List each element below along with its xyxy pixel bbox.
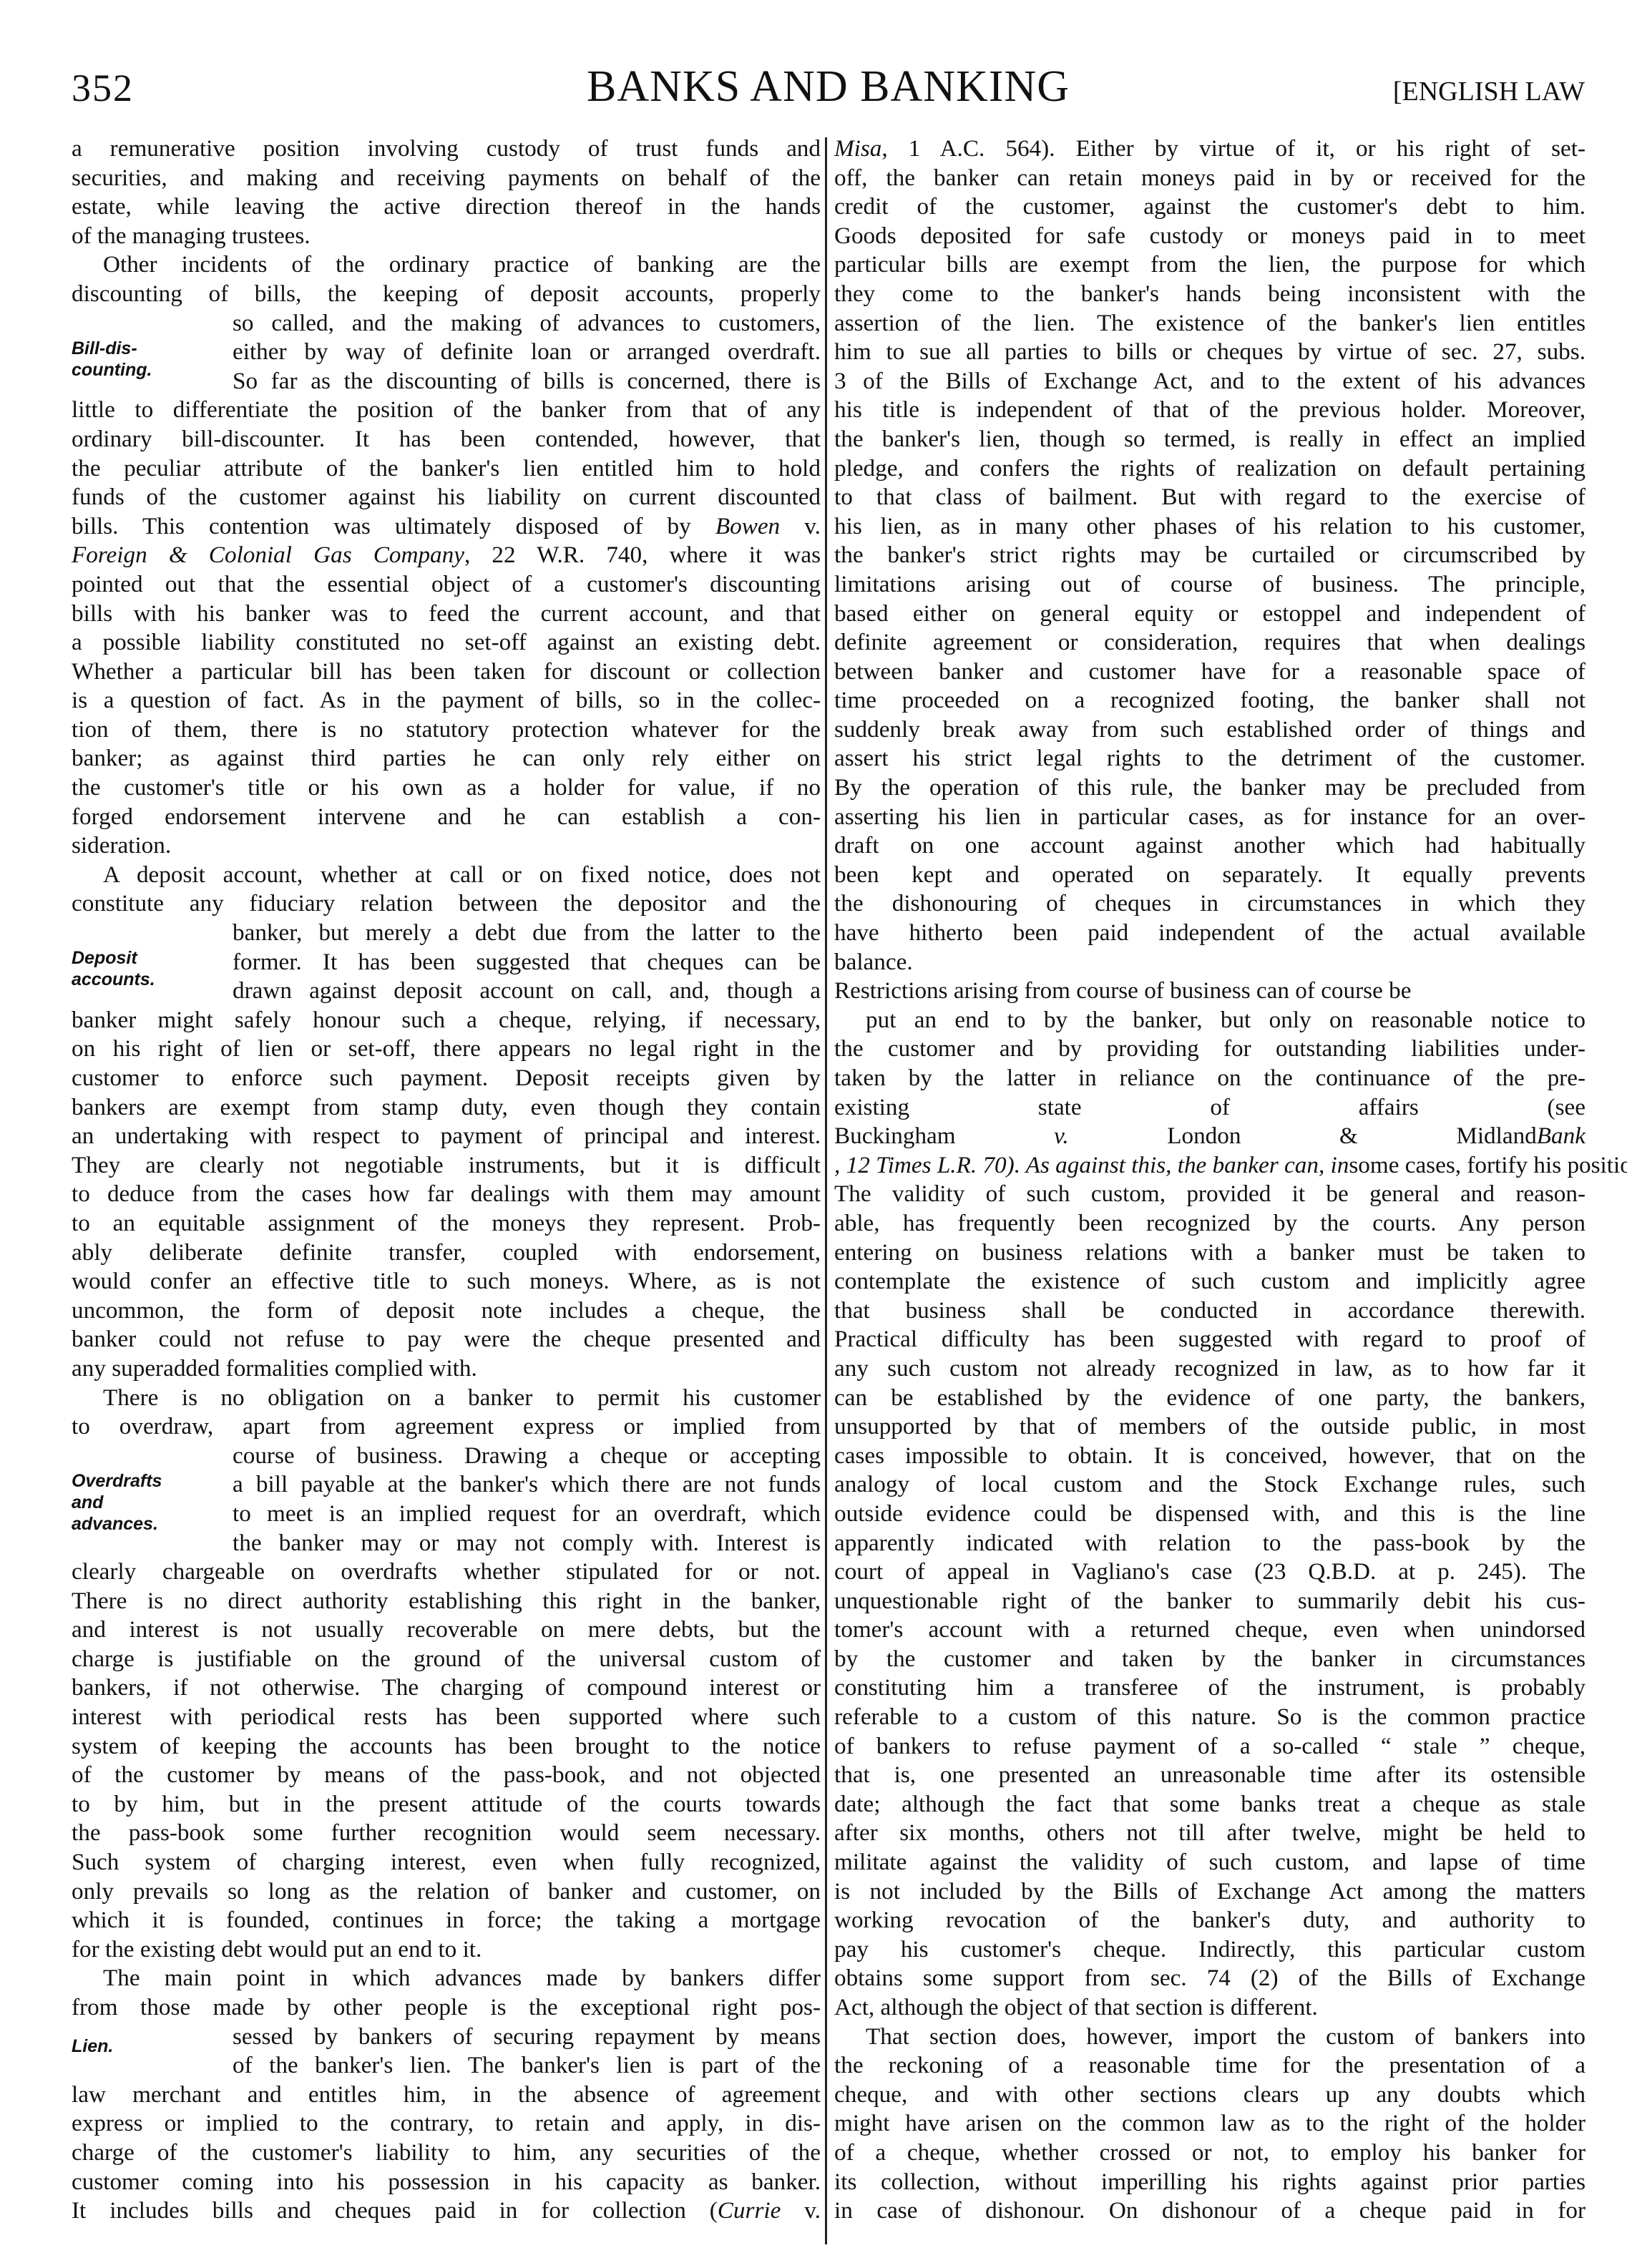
text-line: clearly chargeable on overdrafts whether…: [72, 1558, 821, 1587]
sidenote-block-bill-discounting: Bill-dis- counting. so called, and the m…: [72, 309, 821, 396]
text-line: securities, and making and receiving pay…: [72, 164, 821, 193]
text-line: any superadded formalities complied with…: [72, 1354, 821, 1384]
text-line: balance.: [834, 948, 1586, 977]
text-line: taken by the latter in reliance on the c…: [834, 1064, 1586, 1093]
text-line: assertion of the lien. The existence of …: [834, 309, 1586, 338]
text-line: banker could not refuse to pay were the …: [72, 1325, 821, 1354]
sidenote-overdrafts-and-advances: Overdrafts and advances.: [72, 1470, 222, 1535]
text-line: bankers are exempt from stamp duty, even…: [72, 1093, 821, 1123]
text-line: credit of the customer, against the cust…: [834, 192, 1586, 222]
text-line: is a question of fact. As in the payment…: [72, 686, 821, 715]
text-line: to that class of bailment. But with rega…: [834, 483, 1586, 512]
text-line: put an end to by the banker, but only on…: [834, 1006, 1586, 1035]
text-line: his title is independent of that of the …: [834, 396, 1586, 425]
sidenote-lien: Lien.: [72, 2035, 222, 2057]
text-line: analogy of local custom and the Stock Ex…: [834, 1470, 1586, 1500]
text-line: interest with periodical rests has been …: [72, 1703, 821, 1732]
text-line: working revocation of the banker's duty,…: [834, 1906, 1586, 1935]
text-line: the banker's lien, though so termed, is …: [834, 425, 1586, 454]
text-line: might have arisen on the common law as t…: [834, 2109, 1586, 2139]
text-line: pay his customer's cheque. Indirectly, t…: [834, 1935, 1586, 1965]
sidenote-bill-discounting: Bill-dis- counting.: [72, 338, 222, 381]
text-line: an undertaking with respect to payment o…: [72, 1122, 821, 1151]
text-line: draft on one account against another whi…: [834, 831, 1586, 861]
text-line: any such custom not already recognized i…: [834, 1354, 1586, 1384]
text-line: asserting his lien in particular cases, …: [834, 803, 1586, 832]
text-line: law merchant and entitles him, in the ab…: [72, 2081, 821, 2110]
text-line: his lien, as in many other phases of his…: [834, 512, 1586, 542]
text-line: obtains some support from sec. 74 (2) of…: [834, 1964, 1586, 1993]
text-line: There is no direct authority establishin…: [72, 1587, 821, 1616]
text-line: in case of dishonour. On dishonour of a …: [834, 2196, 1586, 2226]
text-line: The validity of such custom, provided it…: [834, 1180, 1586, 1209]
text-line: cases impossible to obtain. It is concei…: [834, 1442, 1586, 1471]
text-line: able, has frequently been recognized by …: [834, 1209, 1586, 1238]
text-line: By the operation of this rule, the banke…: [834, 773, 1586, 803]
text-line: limitations arising out of course of bus…: [834, 570, 1586, 600]
text-line: pointed out that the essential object of…: [72, 570, 821, 600]
text-line: Whether a particular bill has been taken…: [72, 658, 821, 687]
text-line: a possible liability constituted no set-…: [72, 628, 821, 658]
text-line: discounting of bills, the keeping of dep…: [72, 280, 821, 309]
text-line: particular bills are exempt from the lie…: [834, 250, 1586, 280]
text-line: cheque, and with other sections clears u…: [834, 2081, 1586, 2110]
text-line: They are clearly not negotiable instrume…: [72, 1151, 821, 1181]
text-line: bankers, if not otherwise. The charging …: [72, 1673, 821, 1703]
column-divider: [825, 137, 827, 2244]
text-line: by the customer and taken by the banker …: [834, 1645, 1586, 1674]
text-line: the banker's strict rights may be curtai…: [834, 541, 1586, 570]
text-line: Buckingham v. London & MidlandBank: [834, 1122, 1586, 1151]
text-line: customer coming into his possession in h…: [72, 2168, 821, 2197]
text-line: of a cheque, whether crossed or not, to …: [834, 2139, 1586, 2168]
text-line: of bankers to refuse payment of a so-cal…: [834, 1732, 1586, 1761]
text-line: and interest is not usually recoverable …: [72, 1616, 821, 1645]
text-line: entering on business relations with a ba…: [834, 1238, 1586, 1268]
text-line: pledge, and confers the rights of realiz…: [834, 454, 1586, 484]
text-line: Goods deposited for safe custody or mone…: [834, 222, 1586, 251]
sidenote-block-lien: Lien. sessed by bankers of securing repa…: [72, 2023, 821, 2081]
case-name: Misa: [834, 135, 881, 162]
text-line: definite agreement or consideration, req…: [834, 628, 1586, 658]
text-line: unquestionable right of the banker to su…: [834, 1587, 1586, 1616]
case-name: Bank: [1537, 1123, 1586, 1149]
text-line: system of keeping the accounts has been …: [72, 1732, 821, 1761]
text-line: The main point in which advances made by…: [72, 1964, 821, 1993]
page-header: 352 BANKS AND BANKING [ENGLISH LAW: [72, 56, 1585, 113]
text-line: Foreign & Colonial Gas Company, 22 W.R. …: [72, 541, 821, 570]
text-line: constituting him a transferee of the ins…: [834, 1673, 1586, 1703]
text-line: is not included by the Bills of Exchange…: [834, 1877, 1586, 1907]
text-line: express or implied to the contrary, to r…: [72, 2109, 821, 2139]
text-line: unsupported by that of members of the ou…: [834, 1412, 1586, 1442]
text-line: which it is founded, continues in force;…: [72, 1906, 821, 1935]
text-line: him to sue all parties to bills or chequ…: [834, 338, 1586, 367]
text-line: assert his strict legal rights to the de…: [834, 744, 1586, 773]
text-line: only prevails so long as the relation of…: [72, 1877, 821, 1907]
text-line: of the customer by means of the pass-boo…: [72, 1761, 821, 1790]
text-line: after six months, others not till after …: [834, 1819, 1586, 1848]
text-line: from those made by other people is the e…: [72, 1993, 821, 2023]
text-line: , 12 Times L.R. 70). As against this, th…: [834, 1151, 1586, 1181]
text-line: off, the banker can retain moneys paid i…: [834, 164, 1586, 193]
text-line: forged endorsement intervene and he can …: [72, 803, 821, 832]
text-line: date; although the fact that some banks …: [834, 1790, 1586, 1819]
text-line: of the managing trustees.: [72, 222, 821, 251]
text-line: the dishonouring of cheques in circumsta…: [834, 889, 1586, 919]
text-line: course of business. Drawing a cheque or …: [72, 1442, 821, 1471]
text-line: been kept and operated on separately. It…: [834, 861, 1586, 890]
sidenote-deposit-accounts: Deposit accounts.: [72, 947, 222, 990]
text-line: to deduce from the cases how far dealing…: [72, 1180, 821, 1209]
text-line: That section does, however, import the c…: [834, 2023, 1586, 2052]
text-line: to by him, but in the present attitude o…: [72, 1790, 821, 1819]
text-line: the peculiar attribute of the banker's l…: [72, 454, 821, 484]
right-column: Misa, 1 A.C. 564). Either by virtue of i…: [834, 135, 1586, 2226]
section-label: [ENGLISH LAW: [1393, 76, 1585, 107]
case-name: Currie: [718, 2197, 781, 2224]
case-name: v.: [956, 1123, 1168, 1149]
text-line: the pass-book some further recognition w…: [72, 1819, 821, 1848]
case-name: Bowen: [715, 513, 780, 539]
text-line: A deposit account, whether at call or on…: [72, 861, 821, 890]
text-line: existing state of affairs (see: [834, 1093, 1586, 1123]
text-line: to overdraw, apart from agreement expres…: [72, 1412, 821, 1442]
text-line: Practical difficulty has been suggested …: [834, 1325, 1586, 1354]
text-line: so called, and the making of advances to…: [72, 309, 821, 338]
text-line: for the existing debt would put an end t…: [72, 1935, 821, 1965]
text-line: contemplate the existence of such custom…: [834, 1267, 1586, 1296]
running-title: BANKS AND BANKING: [72, 62, 1585, 112]
text-line: suddenly break away from such establishe…: [834, 715, 1586, 745]
text-line: its collection, without imperilling his …: [834, 2168, 1586, 2197]
text-line: customer to enforce such payment. Deposi…: [72, 1064, 821, 1093]
text-line: have hitherto been paid independent of t…: [834, 919, 1586, 948]
text-line: court of appeal in Vagliano's case (23 Q…: [834, 1558, 1586, 1587]
text-line: Restrictions arising from course of busi…: [834, 977, 1586, 1006]
text-line: uncommon, the form of deposit note inclu…: [72, 1296, 821, 1326]
text-line: the customer's title or his own as a hol…: [72, 773, 821, 803]
text-line: charge is justifiable on the ground of t…: [72, 1645, 821, 1674]
text-line: little to differentiate the position of …: [72, 396, 821, 425]
text-line: the customer and by providing for outsta…: [834, 1035, 1586, 1064]
text-line: constitute any fiduciary relation betwee…: [72, 889, 821, 919]
sidenote-block-overdrafts: Overdrafts and advances. course of busin…: [72, 1442, 821, 1558]
text-line: Other incidents of the ordinary practice…: [72, 250, 821, 280]
text-line: time proceeded on a recognized footing, …: [834, 686, 1586, 715]
text-line: estate, while leaving the active directi…: [72, 192, 821, 222]
text-line: sideration.: [72, 831, 821, 861]
text-line: ordinary bill-discounter. It has been co…: [72, 425, 821, 454]
text-line: Such system of charging interest, even w…: [72, 1848, 821, 1877]
text-line: tomer's account with a returned cheque, …: [834, 1616, 1586, 1645]
text-line: banker; as against third parties he can …: [72, 744, 821, 773]
case-name: Foreign & Colonial Gas Company: [72, 542, 464, 568]
text-line: outside evidence could be dispensed with…: [834, 1500, 1586, 1529]
text-line: banker might safely honour such a cheque…: [72, 1006, 821, 1035]
text-line: Act, although the object of that section…: [834, 1993, 1586, 2023]
text-line: 3 of the Bills of Exchange Act, and to t…: [834, 367, 1586, 396]
text-line: they come to the banker's hands being in…: [834, 280, 1586, 309]
text-line: that business shall be conducted in acco…: [834, 1296, 1586, 1326]
text-line: bills. This contention was ultimately di…: [72, 512, 821, 542]
text-line: referable to a custom of this nature. So…: [834, 1703, 1586, 1732]
text-line: bills with his banker was to feed the cu…: [72, 600, 821, 629]
text-line: Misa, 1 A.C. 564). Either by virtue of i…: [834, 135, 1586, 164]
text-line: that is, one presented an unreasonable t…: [834, 1761, 1586, 1790]
text-line: apparently indicated with relation to th…: [834, 1529, 1586, 1558]
text-line: There is no obligation on a banker to pe…: [72, 1384, 821, 1413]
text-line: to an equitable assignment of the moneys…: [72, 1209, 821, 1238]
text-line: It includes bills and cheques paid in fo…: [72, 2196, 821, 2226]
left-column: a remunerative position involving custod…: [72, 135, 821, 2226]
text-line: a remunerative position involving custod…: [72, 135, 821, 164]
text-line: based either on general equity or estopp…: [834, 600, 1586, 629]
text-line: funds of the customer against his liabil…: [72, 483, 821, 512]
text-line: between banker and customer have for a r…: [834, 658, 1586, 687]
case-name: , 12 Times L.R. 70). As against this, th…: [834, 1152, 1349, 1178]
text-line: banker, but merely a debt due from the l…: [72, 919, 821, 948]
text-line: militate against the validity of such cu…: [834, 1848, 1586, 1877]
text-line: ably deliberate definite transfer, coupl…: [72, 1238, 821, 1268]
text-line: charge of the customer's liability to hi…: [72, 2139, 821, 2168]
text-line: would confer an effective title to such …: [72, 1267, 821, 1296]
text-line: can be established by the evidence of on…: [834, 1384, 1586, 1413]
sidenote-block-deposit-accounts: Deposit accounts. banker, but merely a d…: [72, 919, 821, 1006]
text-line: on his right of lien or set-off, there a…: [72, 1035, 821, 1064]
text-line: tion of them, there is no statutory prot…: [72, 715, 821, 745]
text-line: the reckoning of a reasonable time for t…: [834, 2051, 1586, 2081]
